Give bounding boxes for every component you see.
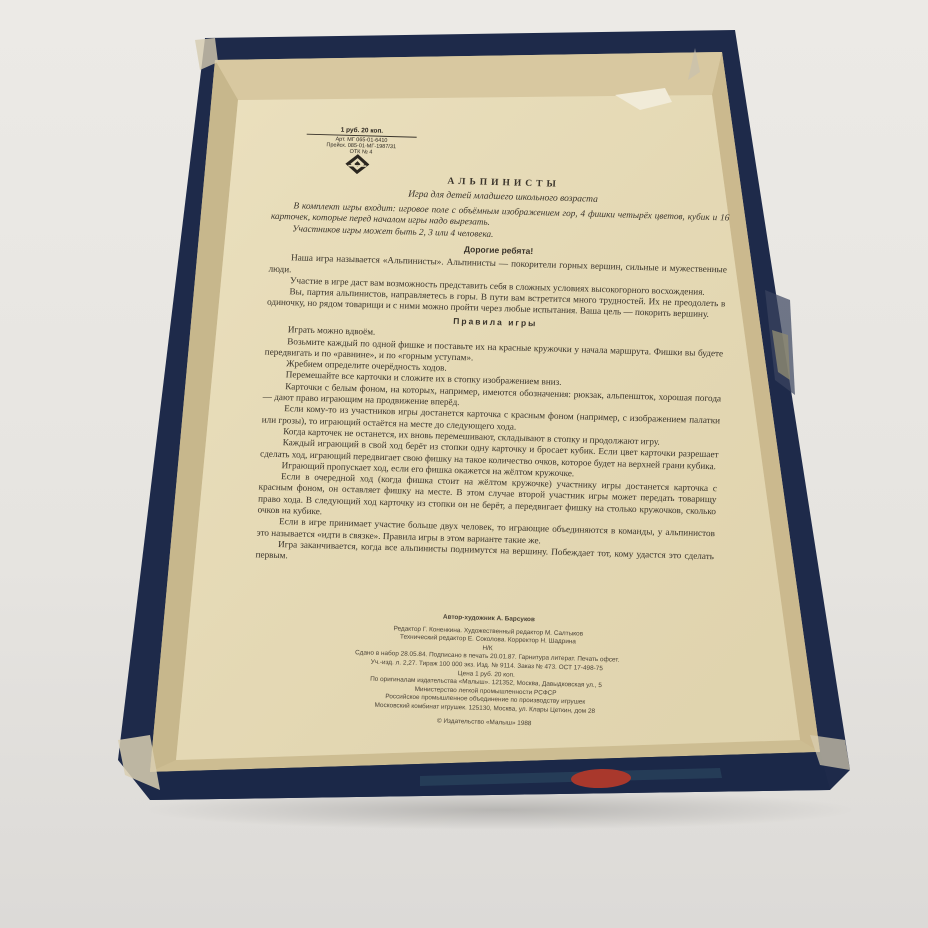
greeting-section: Дорогие ребята! Наша игра называется «Ал… (267, 236, 728, 322)
photo-scene: 1 руб. 20 коп. Арт. МГ 065-01-6410 Прейс… (0, 0, 928, 928)
colophon: Автор-художник А. Барсуков Редактор Г. К… (294, 610, 679, 733)
diamond-emblem-icon (345, 154, 370, 175)
rules-section: Правила игры Играть можно вдвоём. Возьми… (255, 308, 724, 574)
author-credit: Автор-художник А. Барсуков (443, 614, 535, 624)
price-block: 1 руб. 20 коп. Арт. МГ 065-01-6410 Прейс… (306, 127, 417, 157)
rules-page: 1 руб. 20 коп. Арт. МГ 065-01-6410 Прейс… (234, 111, 751, 724)
